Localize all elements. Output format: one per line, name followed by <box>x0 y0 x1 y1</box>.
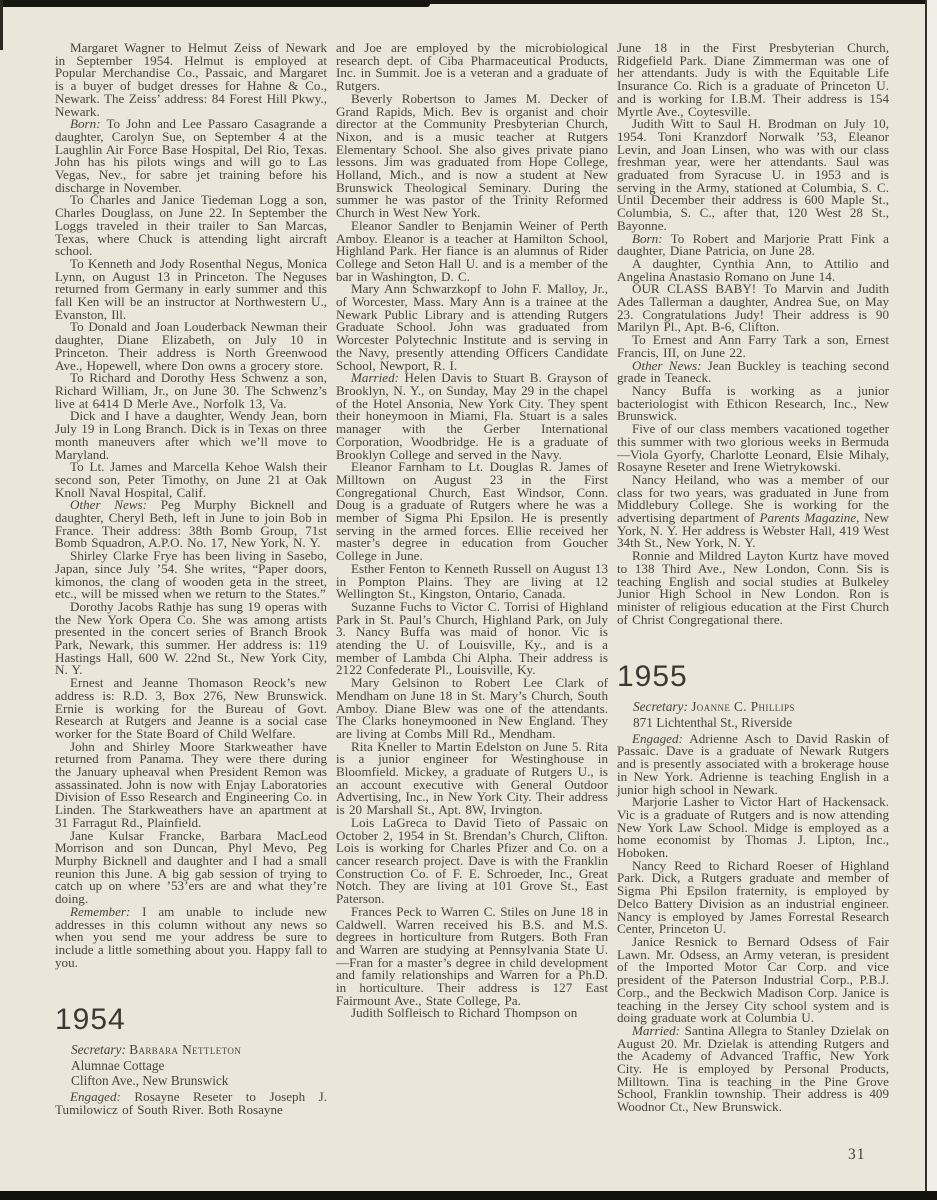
news-paragraph: Mary Ann Schwarzkopf to John F. Malloy, … <box>336 283 608 372</box>
news-entry-paragraph: Other News: Peg Murphy Bicknell and daug… <box>55 499 327 550</box>
news-paragraph: Five of our class members vacationed tog… <box>617 423 889 474</box>
news-paragraph: Rita Kneller to Martin Edelston on June … <box>336 741 608 817</box>
news-paragraph: Ronnie and Mildred Layton Kurtz have mov… <box>617 550 889 626</box>
text-column-1: Margaret Wagner to Helmut Zeiss of Newar… <box>55 42 327 1116</box>
news-paragraph: Eleanor Farnham to Lt. Douglas R. James … <box>336 461 608 563</box>
news-paragraph: Suzanne Fuchs to Victor C. Torrisi of Hi… <box>336 601 608 677</box>
entry-type-label: Born: <box>632 231 663 246</box>
magazine-page: Margaret Wagner to Helmut Zeiss of Newar… <box>0 0 937 1200</box>
class-year-heading: 1955 <box>617 662 889 692</box>
news-paragraph: Eleanor Sandler to Benjamin Weiner of Pe… <box>336 220 608 284</box>
news-paragraph: Nancy Heiland, who was a member of our c… <box>617 474 889 550</box>
news-paragraph: Shirley Clarke Frye has been living in S… <box>55 550 327 601</box>
secretary-block: Secretary: Joanne C. Phillips871 Lichten… <box>633 699 889 729</box>
news-paragraph: To Richard and Dorothy Hess Schwenz a so… <box>55 372 327 410</box>
news-paragraph: Judith Witt to Saul H. Brodman on July 1… <box>617 118 889 232</box>
news-paragraph: and Joe are employed by the microbiologi… <box>336 42 608 93</box>
news-paragraph: Frances Peck to Warren C. Stiles on June… <box>336 906 608 1008</box>
secretary-address-line: Alumnae Cottage <box>71 1058 327 1073</box>
class-year-heading: 1954 <box>55 1005 327 1035</box>
scan-edge-left <box>0 0 3 50</box>
scan-edge-right-margin <box>927 0 937 1200</box>
entry-type-label: Other News: <box>70 497 147 512</box>
news-paragraph: OUR CLASS BABY! To Marvin and Judith Ade… <box>617 283 889 334</box>
entry-type-label: Married: <box>632 1023 680 1038</box>
news-entry-paragraph: Married: Santina Allegra to Stanley Dzie… <box>617 1025 889 1114</box>
news-paragraph: To Ernest and Ann Farry Tark a son, Erne… <box>617 334 889 359</box>
news-entry-paragraph: Other News: Jean Buckley is teaching sec… <box>617 360 889 385</box>
text-column-2: and Joe are employed by the microbiologi… <box>336 42 608 1116</box>
scan-edge-top-thick <box>0 0 430 7</box>
secretary-address-line: Clifton Ave., New Brunswick <box>71 1073 327 1088</box>
news-entry-paragraph: Born: To Robert and Marjorie Pratt Fink … <box>617 233 889 258</box>
news-paragraph: Dick and I have a daughter, Wendy Jean, … <box>55 410 327 461</box>
entry-type-label: Engaged: <box>632 731 683 746</box>
news-paragraph: To Donald and Joan Louderback Newman the… <box>55 321 327 372</box>
news-paragraph: Margaret Wagner to Helmut Zeiss of Newar… <box>55 42 327 118</box>
news-entry-paragraph: Born: To John and Lee Passaro Casagrande… <box>55 118 327 194</box>
news-paragraph: To Lt. James and Marcella Kehoe Walsh th… <box>55 461 327 499</box>
news-entry-paragraph: Engaged: Adrienne Asch to David Raskin o… <box>617 733 889 797</box>
news-entry-paragraph: Engaged: Rosayne Reseter to Joseph J. Tu… <box>55 1091 327 1116</box>
news-paragraph: Beverly Robertson to James M. Decker of … <box>336 93 608 220</box>
entry-type-label: Born: <box>70 116 101 131</box>
secretary-label: Secretary: <box>71 1042 126 1057</box>
news-paragraph: June 18 in the First Presbyterian Church… <box>617 42 889 118</box>
news-paragraph: Marjorie Lasher to Victor Hart of Hacken… <box>617 796 889 860</box>
news-paragraph: Jane Kulsar Francke, Barbara MacLeod Mor… <box>55 830 327 906</box>
entry-type-label: Remember: <box>70 904 130 919</box>
secretary-name: Joanne C. Phillips <box>691 699 795 714</box>
text-columns: Margaret Wagner to Helmut Zeiss of Newar… <box>55 42 889 1116</box>
secretary-label: Secretary: <box>633 699 688 714</box>
news-paragraph: A daughter, Cynthia Ann, to Attilio and … <box>617 258 889 283</box>
news-paragraph: Nancy Reed to Richard Roeser of Highland… <box>617 860 889 936</box>
news-paragraph: Janice Resnick to Bernard Odsess of Fair… <box>617 936 889 1025</box>
secretary-block: Secretary: Barbara NettletonAlumnae Cott… <box>71 1042 327 1088</box>
news-paragraph: Esther Fenton to Kenneth Russell on Augu… <box>336 563 608 601</box>
page-number: 31 <box>848 1146 866 1164</box>
entry-type-label: Other News: <box>632 358 702 373</box>
news-paragraph: John and Shirley Moore Starkweather have… <box>55 741 327 830</box>
news-paragraph: Lois LaGreca to David Tieto of Passaic o… <box>336 817 608 906</box>
secretary-line: Secretary: Barbara Nettleton <box>71 1042 327 1057</box>
news-paragraph: Nancy Buffa is working as a junior bacte… <box>617 385 889 423</box>
entry-type-label: Married: <box>351 370 399 385</box>
scan-edge-bottom <box>0 1191 937 1200</box>
news-paragraph: Ernest and Jeanne Thomason Reock’s new a… <box>55 677 327 741</box>
entry-type-label: Engaged: <box>70 1089 121 1104</box>
news-entry-paragraph: Married: Helen Davis to Stuart B. Grayso… <box>336 372 608 461</box>
news-paragraph: Judith Solfleisch to Richard Thompson on <box>336 1007 608 1020</box>
news-paragraph: To Charles and Janice Tiedeman Logg a so… <box>55 194 327 258</box>
news-entry-paragraph: Remember: I am unable to include new add… <box>55 906 327 970</box>
news-paragraph: To Kenneth and Jody Rosenthal Negus, Mon… <box>55 258 327 322</box>
text-column-3: June 18 in the First Presbyterian Church… <box>617 42 889 1116</box>
secretary-name: Barbara Nettleton <box>129 1042 241 1057</box>
secretary-address-line: 871 Lichtenthal St., Riverside <box>633 715 889 730</box>
news-paragraph: Mary Gelsinon to Robert Lee Clark of Men… <box>336 677 608 741</box>
secretary-line: Secretary: Joanne C. Phillips <box>633 699 889 714</box>
news-paragraph: Dorothy Jacobs Rathje has sung 19 operas… <box>55 601 327 677</box>
